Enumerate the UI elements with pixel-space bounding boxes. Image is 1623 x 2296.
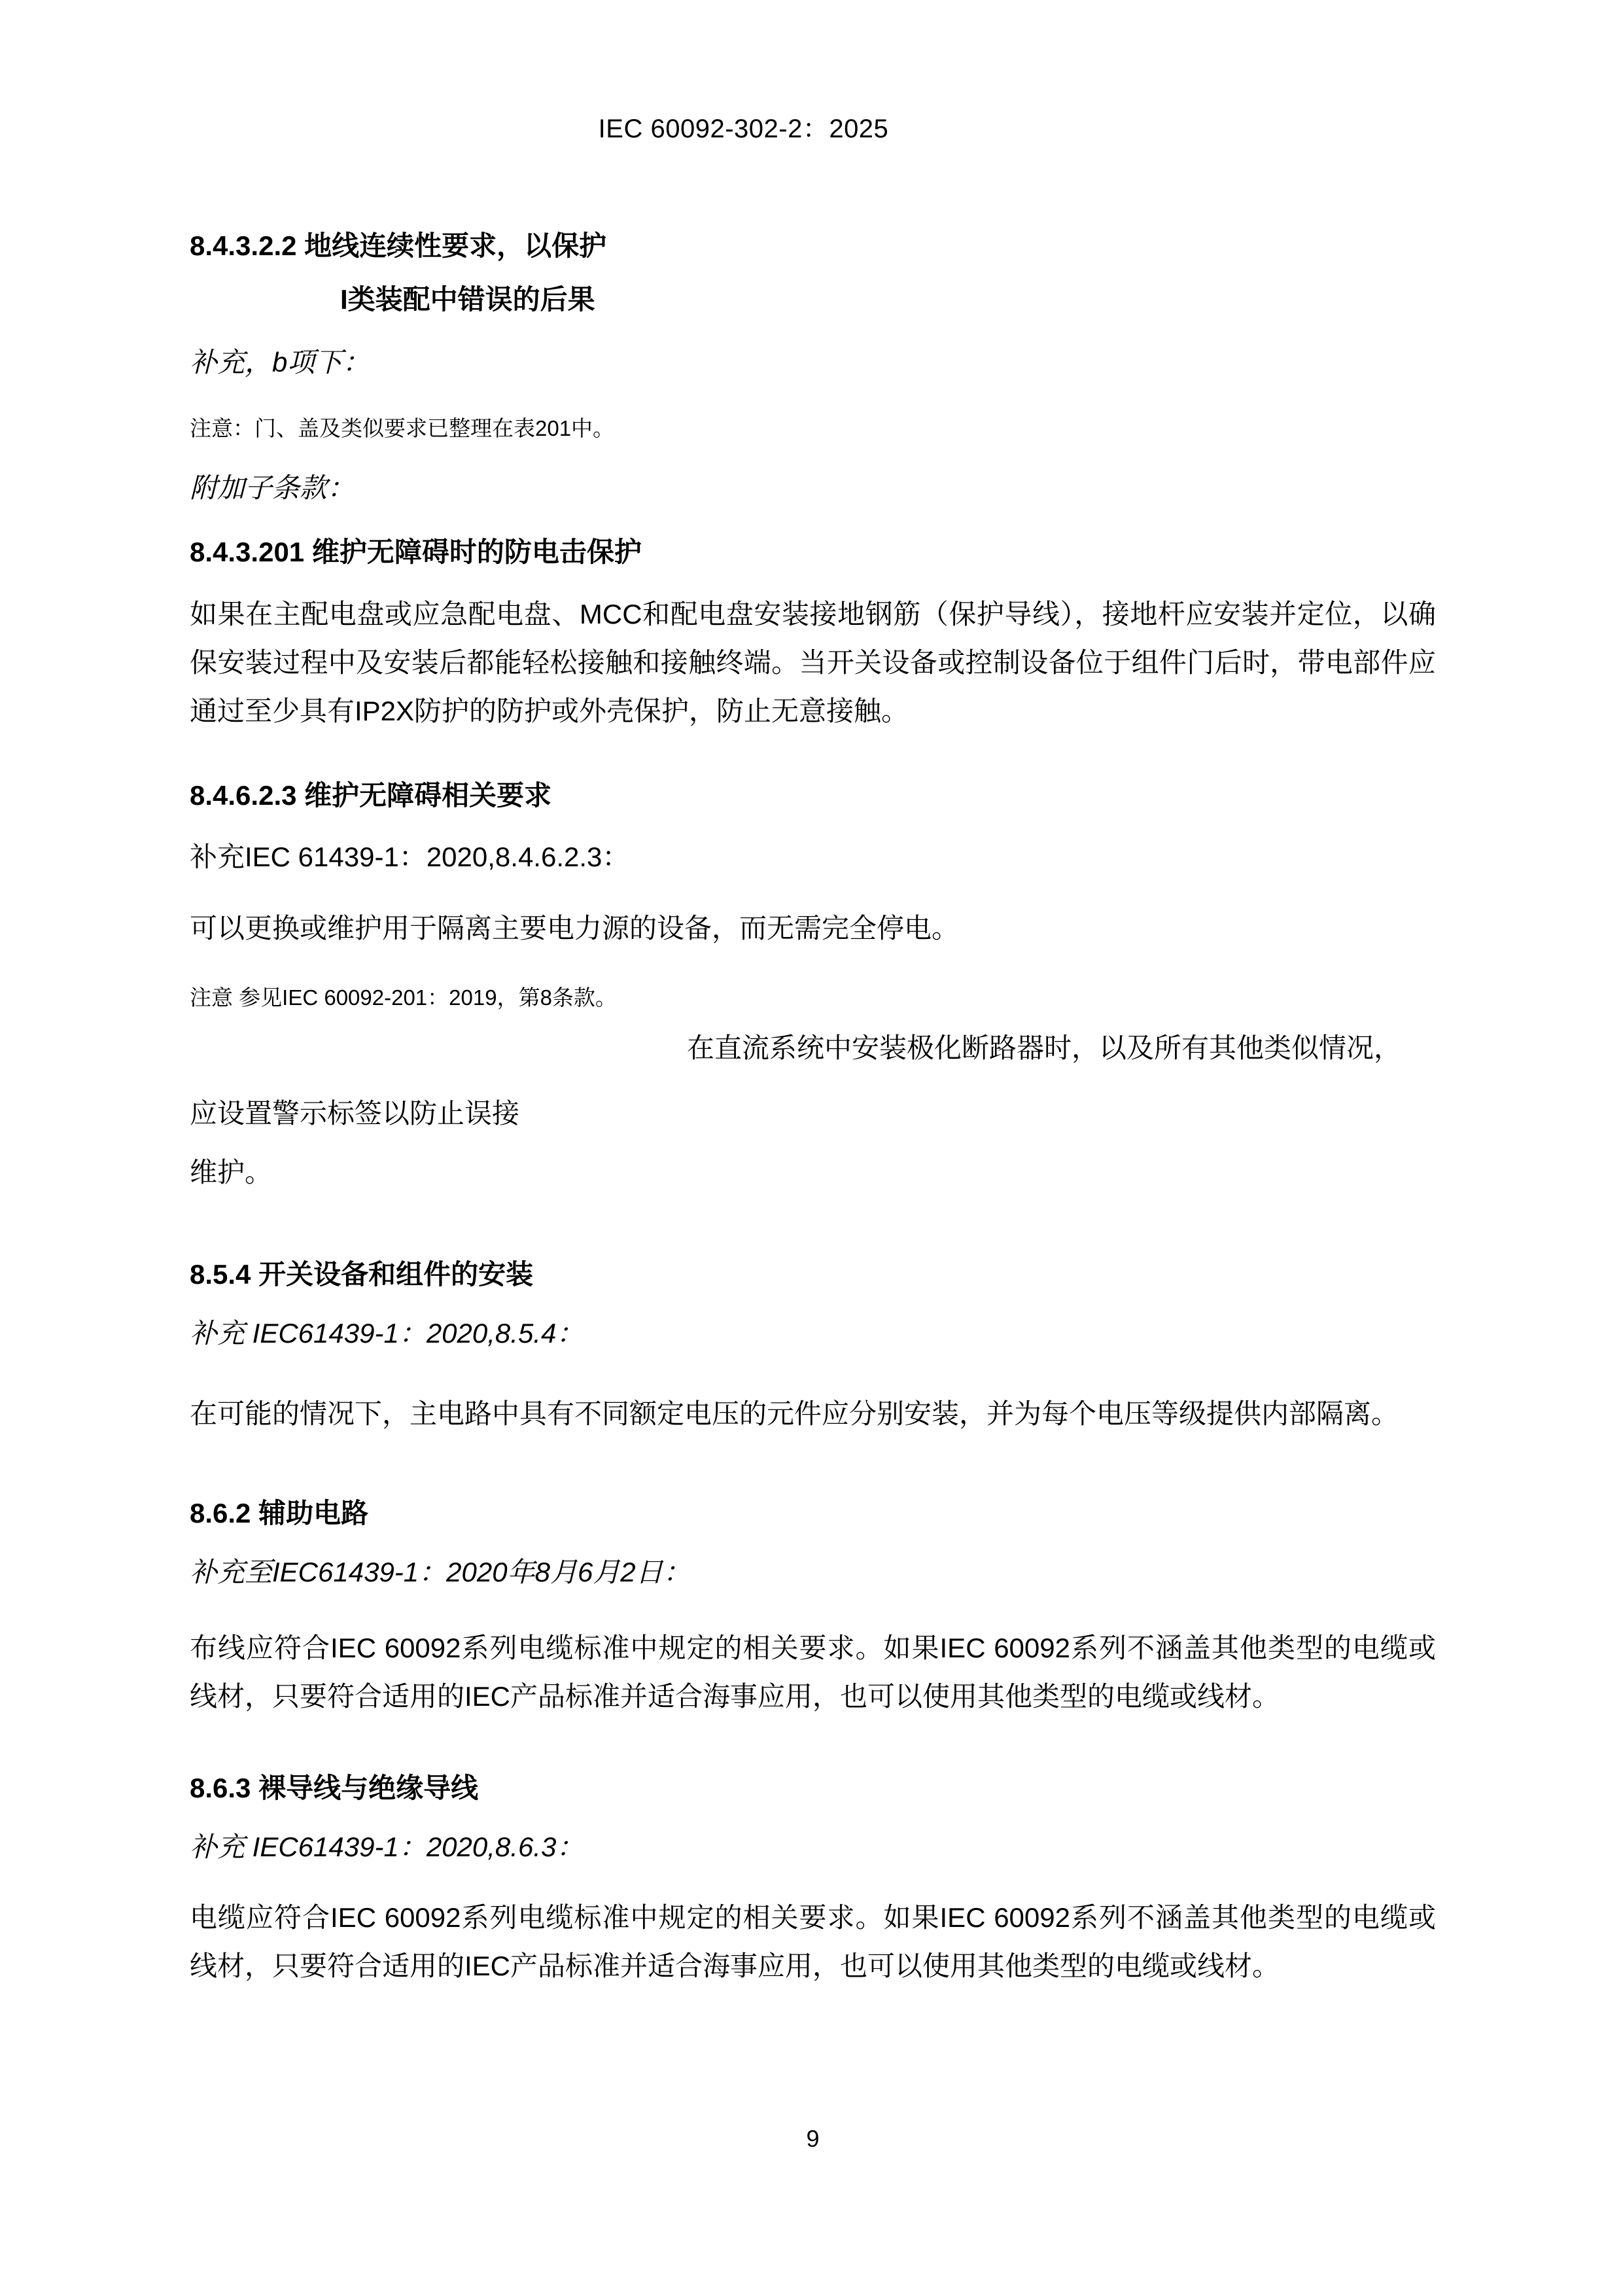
amendment-note-8-4-6-2-3: 补充IEC 61439-1：2020,8.4.6.2.3： (190, 840, 1436, 875)
continuation-line-maintenance: 维护。 (190, 1156, 1436, 1190)
body-paragraph-8-6-2: 布线应符合IEC 60092系列电缆标准中规定的相关要求。如果IEC 60092… (190, 1624, 1436, 1721)
note-reference-iec-60092-201: 注意 参见IEC 60092-201：2019，第8条款。 (190, 984, 1436, 1011)
amendment-note-item-b: 补充，b项下： (190, 345, 1436, 380)
amendment-note-8-5-4: 补充 IEC61439-1：2020,8.5.4： (190, 1316, 1436, 1351)
page-number: 9 (190, 2124, 1436, 2153)
additional-subclause-label: 附加子条款： (190, 471, 1436, 506)
document-header: IEC 60092-302-2：2025 (190, 113, 1436, 145)
section-heading-8-5-4: 8.5.4 开关设备和组件的安装 (190, 1258, 1436, 1292)
body-paragraph-8-6-3: 电缆应符合IEC 60092系列电缆标准中规定的相关要求。如果IEC 60092… (190, 1894, 1436, 1990)
section-heading-8-4-3-201: 8.4.3.201 维护无障碍时的防电击保护 (190, 535, 1436, 570)
body-paragraph-8-4-3-201: 如果在主配电盘或应急配电盘、MCC和配电盘安装接地钢筋（保护导线），接地杆应安装… (190, 590, 1436, 735)
section-heading-8-6-3: 8.6.3 裸导线与绝缘导线 (190, 1771, 1436, 1806)
section-heading-8-6-2: 8.6.2 辅助电路 (190, 1496, 1436, 1531)
body-paragraph-8-5-4: 在可能的情况下，主电路中具有不同额定电压的元件应分别安装，并为每个电压等级提供内… (190, 1390, 1436, 1438)
note-doors-covers: 注意：门、盖及类似要求已整理在表201中。 (190, 415, 1436, 442)
section-heading-8-4-6-2-3: 8.4.6.2.3 维护无障碍相关要求 (190, 779, 1436, 813)
amendment-note-8-6-2: 补充至IEC61439-1：2020年8月6月2日： (190, 1555, 1436, 1590)
document-page: IEC 60092-302-2：2025 8.4.3.2.2 地线连续性要求，以… (0, 0, 1623, 2296)
section-heading-8-4-3-2-2-continuation: I类装配中错误的后果 (340, 283, 1436, 317)
continuation-line-dc-systems: 在直流系统中安装极化断路器时，以及所有其他类似情况， (687, 1031, 1439, 1066)
amendment-note-8-6-3: 补充 IEC61439-1：2020,8.6.3： (190, 1830, 1436, 1865)
continuation-line-warning-label: 应设置警示标签以防止误接 (190, 1097, 1436, 1131)
body-paragraph-8-4-6-2-3: 可以更换或维护用于隔离主要电力源的设备，而无需完全停电。 (190, 904, 1436, 953)
section-heading-8-4-3-2-2: 8.4.3.2.2 地线连续性要求，以保护 (190, 229, 1436, 264)
